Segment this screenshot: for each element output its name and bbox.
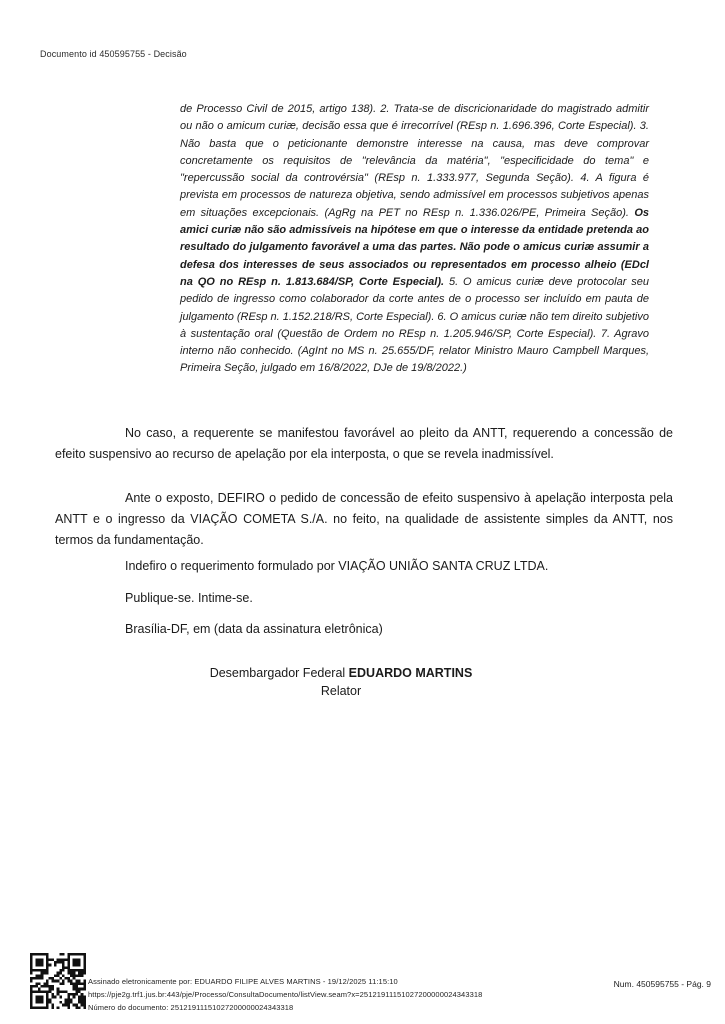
signature-block: Desembargador Federal EDUARDO MARTINS Re…: [55, 664, 627, 700]
document-id-header: Documento id 450595755 - Decisão: [40, 49, 187, 59]
paragraph-publique-se: Publique-se. Intime-se.: [55, 588, 673, 609]
document-number-line: Número do documento: 2512191115102720000…: [88, 1001, 482, 1014]
page-number-label: Num. 450595755 - Pág. 9: [614, 979, 711, 989]
signature-name: EDUARDO MARTINS: [349, 666, 473, 680]
paragraph-indefiro: Indefiro o requerimento formulado por VI…: [55, 556, 673, 577]
verification-url-line: https://pje2g.trf1.jus.br:443/pje/Proces…: [88, 988, 482, 1001]
signature-line: Desembargador Federal EDUARDO MARTINS: [55, 664, 627, 682]
signed-by-line: Assinado eletronicamente por: EDUARDO FI…: [88, 975, 482, 988]
signature-role: Relator: [55, 682, 627, 700]
qr-code-icon: [30, 953, 86, 1009]
paragraph-brasilia-data: Brasília-DF, em (data da assinatura elet…: [55, 619, 673, 640]
paragraph-no-caso: No caso, a requerente se manifestou favo…: [55, 423, 673, 465]
jurisprudence-quote: de Processo Civil de 2015, artigo 138). …: [180, 101, 649, 378]
document-page: { "page": { "header": "Documento id 4505…: [0, 0, 725, 1024]
signature-title: Desembargador Federal: [210, 666, 349, 680]
electronic-signature-info: Assinado eletronicamente por: EDUARDO FI…: [88, 975, 482, 1014]
paragraph-ante-o-exposto: Ante o exposto, DEFIRO o pedido de conce…: [55, 488, 673, 551]
